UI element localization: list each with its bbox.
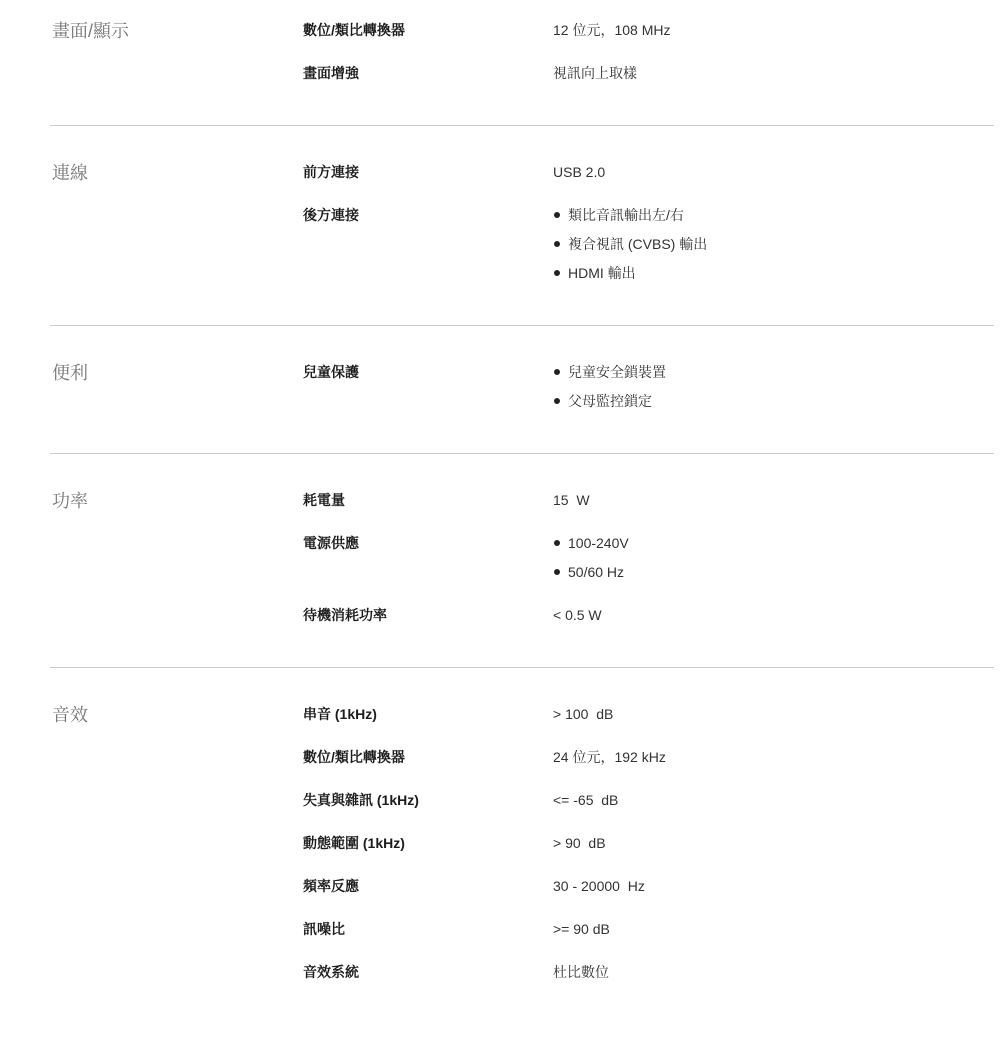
spec-row: 音效系統 杜比數位 bbox=[303, 962, 994, 982]
spec-label: 數位/類比轉換器 bbox=[303, 747, 553, 767]
section-rows: 兒童保護 兒童安全鎖裝置父母監控鎖定 bbox=[303, 362, 994, 434]
spec-label: 兒童保護 bbox=[303, 362, 553, 411]
bullet-icon bbox=[554, 398, 560, 404]
spec-label: 耗電量 bbox=[303, 490, 553, 510]
spec-row: 串音 (1kHz) > 100 dB bbox=[303, 704, 994, 724]
spec-bullet-item: HDMI 輸出 bbox=[553, 263, 994, 283]
spec-value: > 100 dB bbox=[553, 704, 994, 724]
spec-label: 前方連接 bbox=[303, 162, 553, 182]
spec-label: 後方連接 bbox=[303, 205, 553, 283]
spec-row: 前方連接 USB 2.0 bbox=[303, 162, 994, 182]
spec-section: 連線 前方連接 USB 2.0 後方連接 類比音訊輸出左/右複合視訊 (CVBS… bbox=[50, 125, 994, 325]
bullet-icon bbox=[554, 540, 560, 546]
spec-value: 30 - 20000 Hz bbox=[553, 876, 994, 896]
spec-table: 畫面/顯示 數位/類比轉換器 12 位元，108 MHz 畫面增強 視訊向上取樣… bbox=[50, 20, 994, 1024]
section-title: 畫面/顯示 bbox=[50, 20, 303, 106]
spec-value: 100-240V50/60 Hz bbox=[553, 533, 994, 582]
bullet-icon bbox=[554, 270, 560, 276]
spec-label: 數位/類比轉換器 bbox=[303, 20, 553, 40]
spec-label: 音效系統 bbox=[303, 962, 553, 982]
spec-bullet-item: 兒童安全鎖裝置 bbox=[553, 362, 994, 391]
spec-value: < 0.5 W bbox=[553, 605, 994, 625]
spec-bullet-item: 50/60 Hz bbox=[553, 562, 994, 582]
spec-row: 頻率反應 30 - 20000 Hz bbox=[303, 876, 994, 896]
spec-value: 12 位元，108 MHz bbox=[553, 20, 994, 40]
spec-row: 後方連接 類比音訊輸出左/右複合視訊 (CVBS) 輸出HDMI 輸出 bbox=[303, 205, 994, 283]
bullet-icon bbox=[554, 569, 560, 575]
bullet-icon bbox=[554, 369, 560, 375]
spec-value: >= 90 dB bbox=[553, 919, 994, 939]
spec-row: 兒童保護 兒童安全鎖裝置父母監控鎖定 bbox=[303, 362, 994, 411]
spec-row: 數位/類比轉換器 12 位元，108 MHz bbox=[303, 20, 994, 40]
section-title: 音效 bbox=[50, 704, 303, 1005]
spec-label: 待機消耗功率 bbox=[303, 605, 553, 625]
bullet-icon bbox=[554, 212, 560, 218]
section-title: 連線 bbox=[50, 162, 303, 306]
spec-bullet-list: 類比音訊輸出左/右複合視訊 (CVBS) 輸出HDMI 輸出 bbox=[553, 205, 994, 283]
spec-label: 電源供應 bbox=[303, 533, 553, 582]
spec-row: 動態範圍 (1kHz) > 90 dB bbox=[303, 833, 994, 853]
spec-value: > 90 dB bbox=[553, 833, 994, 853]
section-rows: 數位/類比轉換器 12 位元，108 MHz 畫面增強 視訊向上取樣 bbox=[303, 20, 994, 106]
spec-row: 失真與雜訊 (1kHz) <= -65 dB bbox=[303, 790, 994, 810]
spec-value: 視訊向上取樣 bbox=[553, 63, 994, 83]
spec-value: USB 2.0 bbox=[553, 162, 994, 182]
spec-label: 訊噪比 bbox=[303, 919, 553, 939]
spec-bullet-list: 兒童安全鎖裝置父母監控鎖定 bbox=[553, 362, 994, 411]
spec-row: 畫面增強 視訊向上取樣 bbox=[303, 63, 994, 83]
spec-bullet-item: 100-240V bbox=[553, 533, 994, 562]
spec-row: 耗電量 15 W bbox=[303, 490, 994, 510]
spec-bullet-item: 類比音訊輸出左/右 bbox=[553, 205, 994, 234]
spec-bullet-item: 複合視訊 (CVBS) 輸出 bbox=[553, 234, 994, 263]
section-rows: 耗電量 15 W 電源供應 100-240V50/60 Hz 待機消耗功率 < … bbox=[303, 490, 994, 648]
spec-value: 15 W bbox=[553, 490, 994, 510]
spec-bullet-item: 父母監控鎖定 bbox=[553, 391, 994, 411]
section-title: 功率 bbox=[50, 490, 303, 648]
section-rows: 前方連接 USB 2.0 後方連接 類比音訊輸出左/右複合視訊 (CVBS) 輸… bbox=[303, 162, 994, 306]
spec-page: 畫面/顯示 數位/類比轉換器 12 位元，108 MHz 畫面增強 視訊向上取樣… bbox=[0, 0, 1000, 1024]
spec-bullet-list: 100-240V50/60 Hz bbox=[553, 533, 994, 582]
spec-row: 待機消耗功率 < 0.5 W bbox=[303, 605, 994, 625]
spec-row: 數位/類比轉換器 24 位元，192 kHz bbox=[303, 747, 994, 767]
spec-value: <= -65 dB bbox=[553, 790, 994, 810]
spec-label: 失真與雜訊 (1kHz) bbox=[303, 790, 553, 810]
spec-section: 音效 串音 (1kHz) > 100 dB 數位/類比轉換器 24 位元，192… bbox=[50, 667, 994, 1024]
spec-value: 杜比數位 bbox=[553, 962, 994, 982]
bullet-icon bbox=[554, 241, 560, 247]
spec-label: 串音 (1kHz) bbox=[303, 704, 553, 724]
spec-section: 便利 兒童保護 兒童安全鎖裝置父母監控鎖定 bbox=[50, 325, 994, 453]
spec-label: 畫面增強 bbox=[303, 63, 553, 83]
section-title: 便利 bbox=[50, 362, 303, 434]
spec-label: 頻率反應 bbox=[303, 876, 553, 896]
spec-label: 動態範圍 (1kHz) bbox=[303, 833, 553, 853]
spec-section: 畫面/顯示 數位/類比轉換器 12 位元，108 MHz 畫面增強 視訊向上取樣 bbox=[50, 20, 994, 125]
spec-section: 功率 耗電量 15 W 電源供應 100-240V50/60 Hz 待機消耗功率… bbox=[50, 453, 994, 667]
spec-row: 電源供應 100-240V50/60 Hz bbox=[303, 533, 994, 582]
spec-value: 類比音訊輸出左/右複合視訊 (CVBS) 輸出HDMI 輸出 bbox=[553, 205, 994, 283]
spec-row: 訊噪比 >= 90 dB bbox=[303, 919, 994, 939]
spec-value: 兒童安全鎖裝置父母監控鎖定 bbox=[553, 362, 994, 411]
spec-value: 24 位元，192 kHz bbox=[553, 747, 994, 767]
section-rows: 串音 (1kHz) > 100 dB 數位/類比轉換器 24 位元，192 kH… bbox=[303, 704, 994, 1005]
